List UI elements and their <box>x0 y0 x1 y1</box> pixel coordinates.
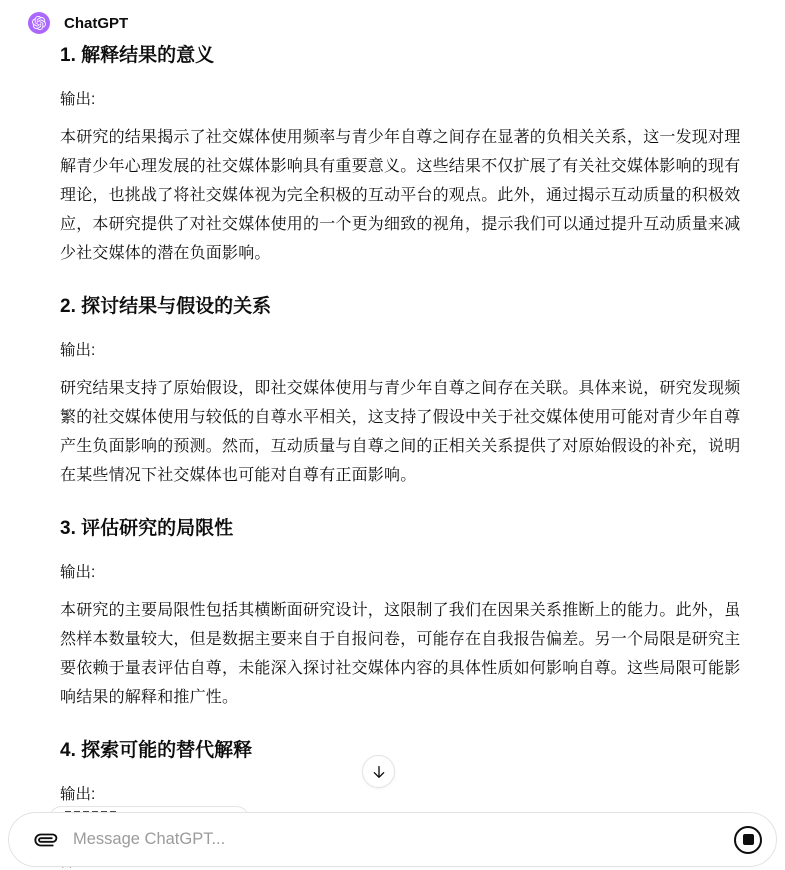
chatgpt-avatar <box>28 12 50 34</box>
section-2: 2. 探讨结果与假设的关系 输出: 研究结果支持了原始假设，即社交媒体使用与青少… <box>60 295 747 490</box>
section-3-paragraph: 本研究的主要局限性包括其横断面研究设计，这限制了我们在因果关系推断上的能力。此外… <box>60 596 747 712</box>
section-3-heading: 3. 评估研究的局限性 <box>60 517 747 541</box>
arrow-down-icon <box>371 764 387 780</box>
message-input[interactable] <box>73 830 734 849</box>
section-1-heading: 1. 解释结果的意义 <box>60 44 747 68</box>
app-name: ChatGPT <box>64 15 128 32</box>
stop-icon <box>743 834 754 845</box>
message-composer <box>8 812 777 867</box>
openai-logo-icon <box>32 16 46 30</box>
section-3-output-label: 输出: <box>60 563 747 583</box>
assistant-message-header: ChatGPT <box>28 12 747 34</box>
attach-file-button[interactable] <box>31 825 61 855</box>
section-1: 1. 解释结果的意义 输出: 本研究的结果揭示了社交媒体使用频率与青少年自尊之间… <box>60 44 747 268</box>
scroll-to-bottom-button[interactable] <box>362 755 395 788</box>
section-4-output-label: 输出: <box>60 785 747 805</box>
section-2-paragraph: 研究结果支持了原始假设，即社交媒体使用与青少年自尊之间存在关联。具体来说，研究发… <box>60 374 747 490</box>
chat-area: ChatGPT 1. 解释结果的意义 输出: 本研究的结果揭示了社交媒体使用频率… <box>0 0 785 870</box>
section-1-paragraph: 本研究的结果揭示了社交媒体使用频率与青少年自尊之间存在显著的负相关关系，这一发现… <box>60 123 747 268</box>
assistant-message-body: 1. 解释结果的意义 输出: 本研究的结果揭示了社交媒体使用频率与青少年自尊之间… <box>60 44 747 870</box>
section-1-output-label: 输出: <box>60 90 747 110</box>
paperclip-icon <box>35 829 57 851</box>
section-2-heading: 2. 探讨结果与假设的关系 <box>60 295 747 319</box>
section-3: 3. 评估研究的局限性 输出: 本研究的主要局限性包括其横断面研究设计，这限制了… <box>60 517 747 712</box>
stop-generating-button[interactable] <box>734 826 762 854</box>
section-2-output-label: 输出: <box>60 341 747 361</box>
section-4-heading: 4. 探索可能的替代解释 <box>60 739 747 763</box>
